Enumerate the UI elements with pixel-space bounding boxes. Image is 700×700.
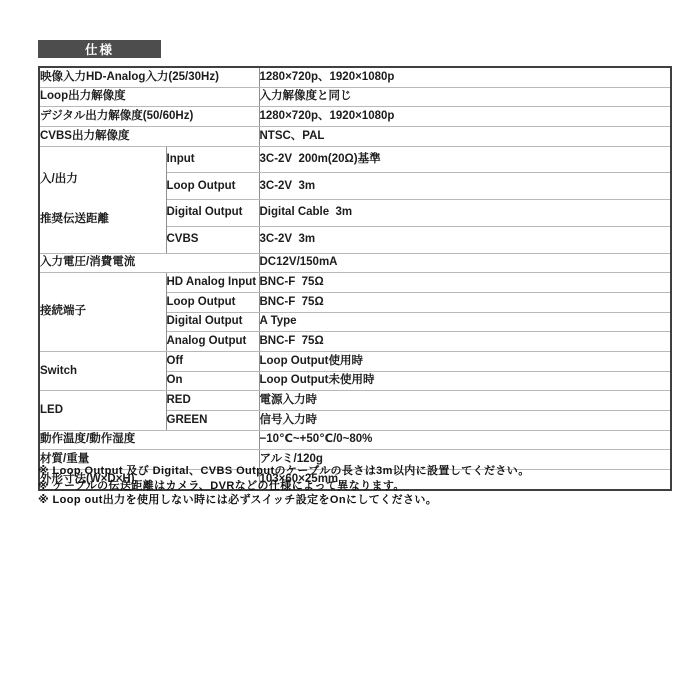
spec-group-label: Switch (39, 351, 166, 390)
spec-group-label-line1: 入/出力 (40, 173, 166, 186)
spec-value: DC12V/150mA (259, 253, 671, 273)
spec-value: Digital Cable 3m (259, 200, 671, 227)
spec-sheet-page: 仕様 映像入力HD-Analog入力(25/30Hz) 1280×720p、19… (0, 0, 700, 700)
table-row: 入/出力 推奨伝送距離 Input 3C-2V 200m(20Ω)基準 (39, 146, 671, 173)
spec-value: 1280×720p、1920×1080p (259, 107, 671, 127)
table-row: Switch Off Loop Output使用時 (39, 351, 671, 371)
note-line: ※ Loop out出力を使用しない時には必ずスイッチ設定をOnにしてください。 (38, 493, 678, 508)
note-line: ※ ケーブルの伝送距離はカメラ、DVRなどの仕様によって異なります。 (38, 479, 678, 494)
table-row: 入力電圧/消費電流 DC12V/150mA (39, 253, 671, 273)
spec-table: 映像入力HD-Analog入力(25/30Hz) 1280×720p、1920×… (38, 66, 672, 491)
spec-value: 信号入力時 (259, 411, 671, 431)
section-title: 仕様 (85, 40, 114, 58)
spec-sub-label: Input (166, 146, 259, 173)
spec-value: 1280×720p、1920×1080p (259, 67, 671, 87)
table-row: 接続端子 HD Analog Input BNC-F 75Ω (39, 273, 671, 293)
spec-sub-label: Loop Output (166, 292, 259, 312)
note-line: ※ Loop Output 及び Digital、CVBS Outputのケーブ… (38, 464, 678, 479)
spec-value: Loop Output使用時 (259, 351, 671, 371)
spec-sub-label: Analog Output (166, 332, 259, 352)
spec-value: BNC-F 75Ω (259, 273, 671, 293)
spec-value: −10℃~+50℃/0~80% (259, 430, 671, 450)
spec-value: NTSC、PAL (259, 127, 671, 147)
footnotes: ※ Loop Output 及び Digital、CVBS Outputのケーブ… (38, 464, 678, 508)
spec-group-label-line2: 推奨伝送距離 (40, 213, 166, 226)
spec-value: BNC-F 75Ω (259, 292, 671, 312)
spec-label: 動作温度/動作湿度 (39, 430, 259, 450)
table-row: CVBS出力解像度 NTSC、PAL (39, 127, 671, 147)
spec-sub-label: On (166, 371, 259, 391)
spec-sub-label: CVBS (166, 226, 259, 253)
spec-sub-label: Loop Output (166, 173, 259, 200)
spec-label: 映像入力HD-Analog入力(25/30Hz) (39, 67, 259, 87)
spec-group-label: 入/出力 推奨伝送距離 (39, 146, 166, 253)
table-row: 映像入力HD-Analog入力(25/30Hz) 1280×720p、1920×… (39, 67, 671, 87)
table-row: LED RED 電源入力時 (39, 391, 671, 411)
table-row: デジタル出力解像度(50/60Hz) 1280×720p、1920×1080p (39, 107, 671, 127)
spec-value: 3C-2V 200m(20Ω)基準 (259, 146, 671, 173)
spec-value: 電源入力時 (259, 391, 671, 411)
spec-label: Loop出力解像度 (39, 87, 259, 107)
spec-sub-label: Off (166, 351, 259, 371)
spec-value: Loop Output未使用時 (259, 371, 671, 391)
spec-value: 入力解像度と同じ (259, 87, 671, 107)
spec-label: 入力電圧/消費電流 (39, 253, 259, 273)
spec-sub-label: GREEN (166, 411, 259, 431)
table-row: 動作温度/動作湿度 −10℃~+50℃/0~80% (39, 430, 671, 450)
table-row: Loop出力解像度 入力解像度と同じ (39, 87, 671, 107)
spec-group-label: 接続端子 (39, 273, 166, 352)
spec-sub-label: Digital Output (166, 200, 259, 227)
spec-sub-label: RED (166, 391, 259, 411)
section-title-badge: 仕様 (38, 40, 161, 58)
spec-group-label: LED (39, 391, 166, 430)
spec-value: BNC-F 75Ω (259, 332, 671, 352)
spec-sub-label: Digital Output (166, 312, 259, 332)
spec-value: A Type (259, 312, 671, 332)
spec-value: 3C-2V 3m (259, 226, 671, 253)
spec-label: CVBS出力解像度 (39, 127, 259, 147)
spec-label: デジタル出力解像度(50/60Hz) (39, 107, 259, 127)
spec-sub-label: HD Analog Input (166, 273, 259, 293)
spec-value: 3C-2V 3m (259, 173, 671, 200)
